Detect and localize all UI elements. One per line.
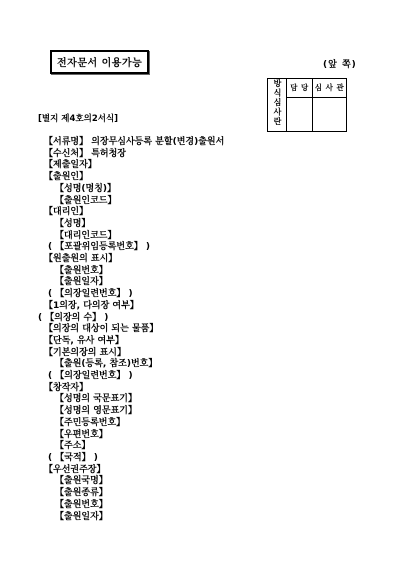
form-field-line: ( 【포괄위임등록번호】 ): [0, 242, 400, 254]
form-field-line: 【서류명】 의장무심사등록 분할(변경)출원서: [0, 137, 400, 149]
form-field-line: 【출원(등록, 참조)번호】: [0, 359, 400, 371]
examiner-column-header: 심 사 관: [313, 79, 347, 98]
examiner-stamp-cell: [313, 97, 347, 131]
form-field-line: 【성명】: [0, 219, 400, 231]
form-field-line: 【창작자】: [0, 383, 400, 395]
form-field-line: 【의장의 대상이 되는 물품】: [0, 324, 400, 336]
form-field-line: 【출원일자】: [0, 277, 400, 289]
electronic-document-badge: 전자문서 이용가능: [50, 50, 149, 74]
manager-stamp-cell: [287, 97, 313, 131]
exam-table-side-cell: 방식심사란: [268, 79, 287, 132]
electronic-document-badge-label: 전자문서 이용가능: [57, 58, 142, 69]
form-field-line: 【출원인】: [0, 172, 400, 184]
form-field-line: 【대리인코드】: [0, 231, 400, 243]
form-field-line: 【기본의장의 표시】: [0, 348, 400, 360]
form-field-line: 【출원번호】: [0, 266, 400, 278]
manager-column-header: 담 당: [287, 79, 313, 98]
form-field-line: ( 【의장일련번호】 ): [0, 371, 400, 383]
form-field-line: 【원출원의 표시】: [0, 254, 400, 266]
form-field-line: 【주소】: [0, 441, 400, 453]
form-field-line: 【우편번호】: [0, 430, 400, 442]
form-field-line: 【출원종류】: [0, 488, 400, 500]
document-page: 전자문서 이용가능 (앞 쪽) 방식심사란 담 당 심 사 관 [별지 제4호의…: [0, 0, 400, 565]
form-field-line: 【출원일자】: [0, 512, 400, 524]
attachment-form-note: [별지 제4호의2서식]: [38, 112, 118, 124]
form-field-line: 【제출일자】: [0, 160, 400, 172]
form-field-line: 【성명(명칭)】: [0, 184, 400, 196]
front-side-label: (앞 쪽): [323, 57, 357, 70]
form-field-line: 【출원인코드】: [0, 196, 400, 208]
form-field-line: 【성명의 영문표기】: [0, 406, 400, 418]
form-field-line: 【대리인】: [0, 207, 400, 219]
form-field-line: 【출원국명】: [0, 476, 400, 488]
form-field-line: 【단독, 유사 여부】: [0, 336, 400, 348]
form-field-line: 【1의장, 다의장 여부】: [0, 301, 400, 313]
form-field-line: 【성명의 국문표기】: [0, 394, 400, 406]
form-field-line: 【주민등록번호】: [0, 418, 400, 430]
form-field-line: ( 【국적】 ): [0, 453, 400, 465]
form-field-line: ( 【의장의 수】 ): [0, 313, 400, 325]
format-examination-side-label: 방식심사란: [269, 79, 285, 127]
form-field-line: 【우선권주장】: [0, 465, 400, 477]
form-field-line: 【출원번호】: [0, 500, 400, 512]
examination-stamp-table: 방식심사란 담 당 심 사 관: [267, 78, 347, 132]
form-field-line: 【수신처】 특허청장: [0, 149, 400, 161]
form-fields-list: 【서류명】 의장무심사등록 분할(변경)출원서【수신처】 특허청장【제출일자】【…: [0, 137, 400, 523]
form-field-line: ( 【의장일련번호】 ): [0, 289, 400, 301]
